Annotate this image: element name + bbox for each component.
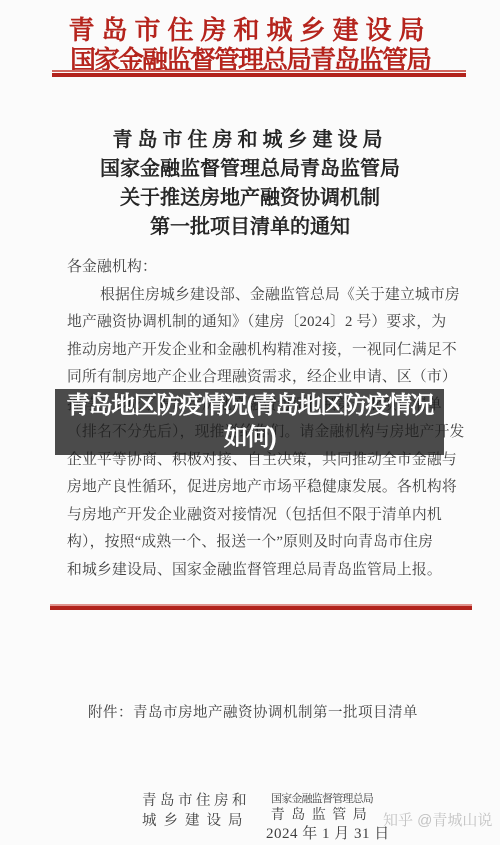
- watermark: 知乎 @青城山说: [383, 809, 492, 830]
- body-line: 房地产良性循环，促进房地产市场平稳健康发展。各机构将: [67, 474, 469, 502]
- body-line: 地产融资协调机制的通知》（建房〔2024〕2 号）要求，为: [67, 309, 469, 337]
- footer-rule: [50, 606, 472, 610]
- document-title-line3: 关于推送房地产融资协调机制: [0, 184, 500, 213]
- document-title-line4: 第一批项目清单的通知: [0, 213, 500, 242]
- signature-block-right: 国家金融监督管理总局 青岛监管局 2024 年 1 月 31 日: [266, 792, 378, 843]
- body-line: 和城乡建设局、国家金融监督管理总局青岛监管局上报。: [67, 557, 469, 585]
- body-line-salutation: 各金融机构：: [67, 254, 469, 282]
- signature-left-line1: 青岛市住房和: [142, 791, 248, 811]
- signature-right-line1: 国家金融监督管理总局: [266, 792, 378, 807]
- caption-overlay-line2: 如何): [224, 422, 276, 454]
- letterhead-rule: [52, 73, 466, 77]
- letterhead-rule-thin: [52, 70, 466, 72]
- body-line: 推动房地产开发企业和金融机构精准对接，一视同仁满足不: [67, 337, 469, 365]
- signature-block-left: 青岛市住房和 城乡建设局: [142, 791, 248, 831]
- signature-date: 2024 年 1 月 31 日: [266, 825, 378, 843]
- document-title: 青岛市住房和城乡建设局 国家金融监督管理总局青岛监管局 关于推送房地产融资协调机…: [0, 126, 500, 242]
- document-title-line1: 青岛市住房和城乡建设局: [0, 126, 500, 155]
- caption-overlay-line1: 青岛地区防疫情况(青岛地区防疫情况: [66, 390, 433, 422]
- body-line: 构），按照“成熟一个、报送一个”原则及时向青岛市住房: [67, 529, 469, 557]
- caption-overlay-band: 青岛地区防疫情况(青岛地区防疫情况 如何): [55, 389, 444, 455]
- body-line: 同所有制房地产企业合理融资需求，经企业申请、区（市）: [67, 364, 469, 392]
- body-line: 与房地产开发企业融资对接情况（包括但不限于清单内机: [67, 502, 469, 530]
- document-title-line2: 国家金融监督管理总局青岛监管局: [0, 155, 500, 184]
- document-page: 青岛市住房和城乡建设局 国家金融监督管理总局青岛监管局 青岛市住房和城乡建设局 …: [0, 0, 500, 845]
- body-line: 根据住房城乡建设部、金融监管总局《关于建立城市房: [67, 282, 469, 310]
- signature-left-line2: 城乡建设局: [142, 811, 248, 831]
- signature-right-line2: 青岛监管局: [266, 807, 378, 825]
- attachment-line: 附件：青岛市房地产融资协调机制第一批项目清单: [88, 701, 418, 722]
